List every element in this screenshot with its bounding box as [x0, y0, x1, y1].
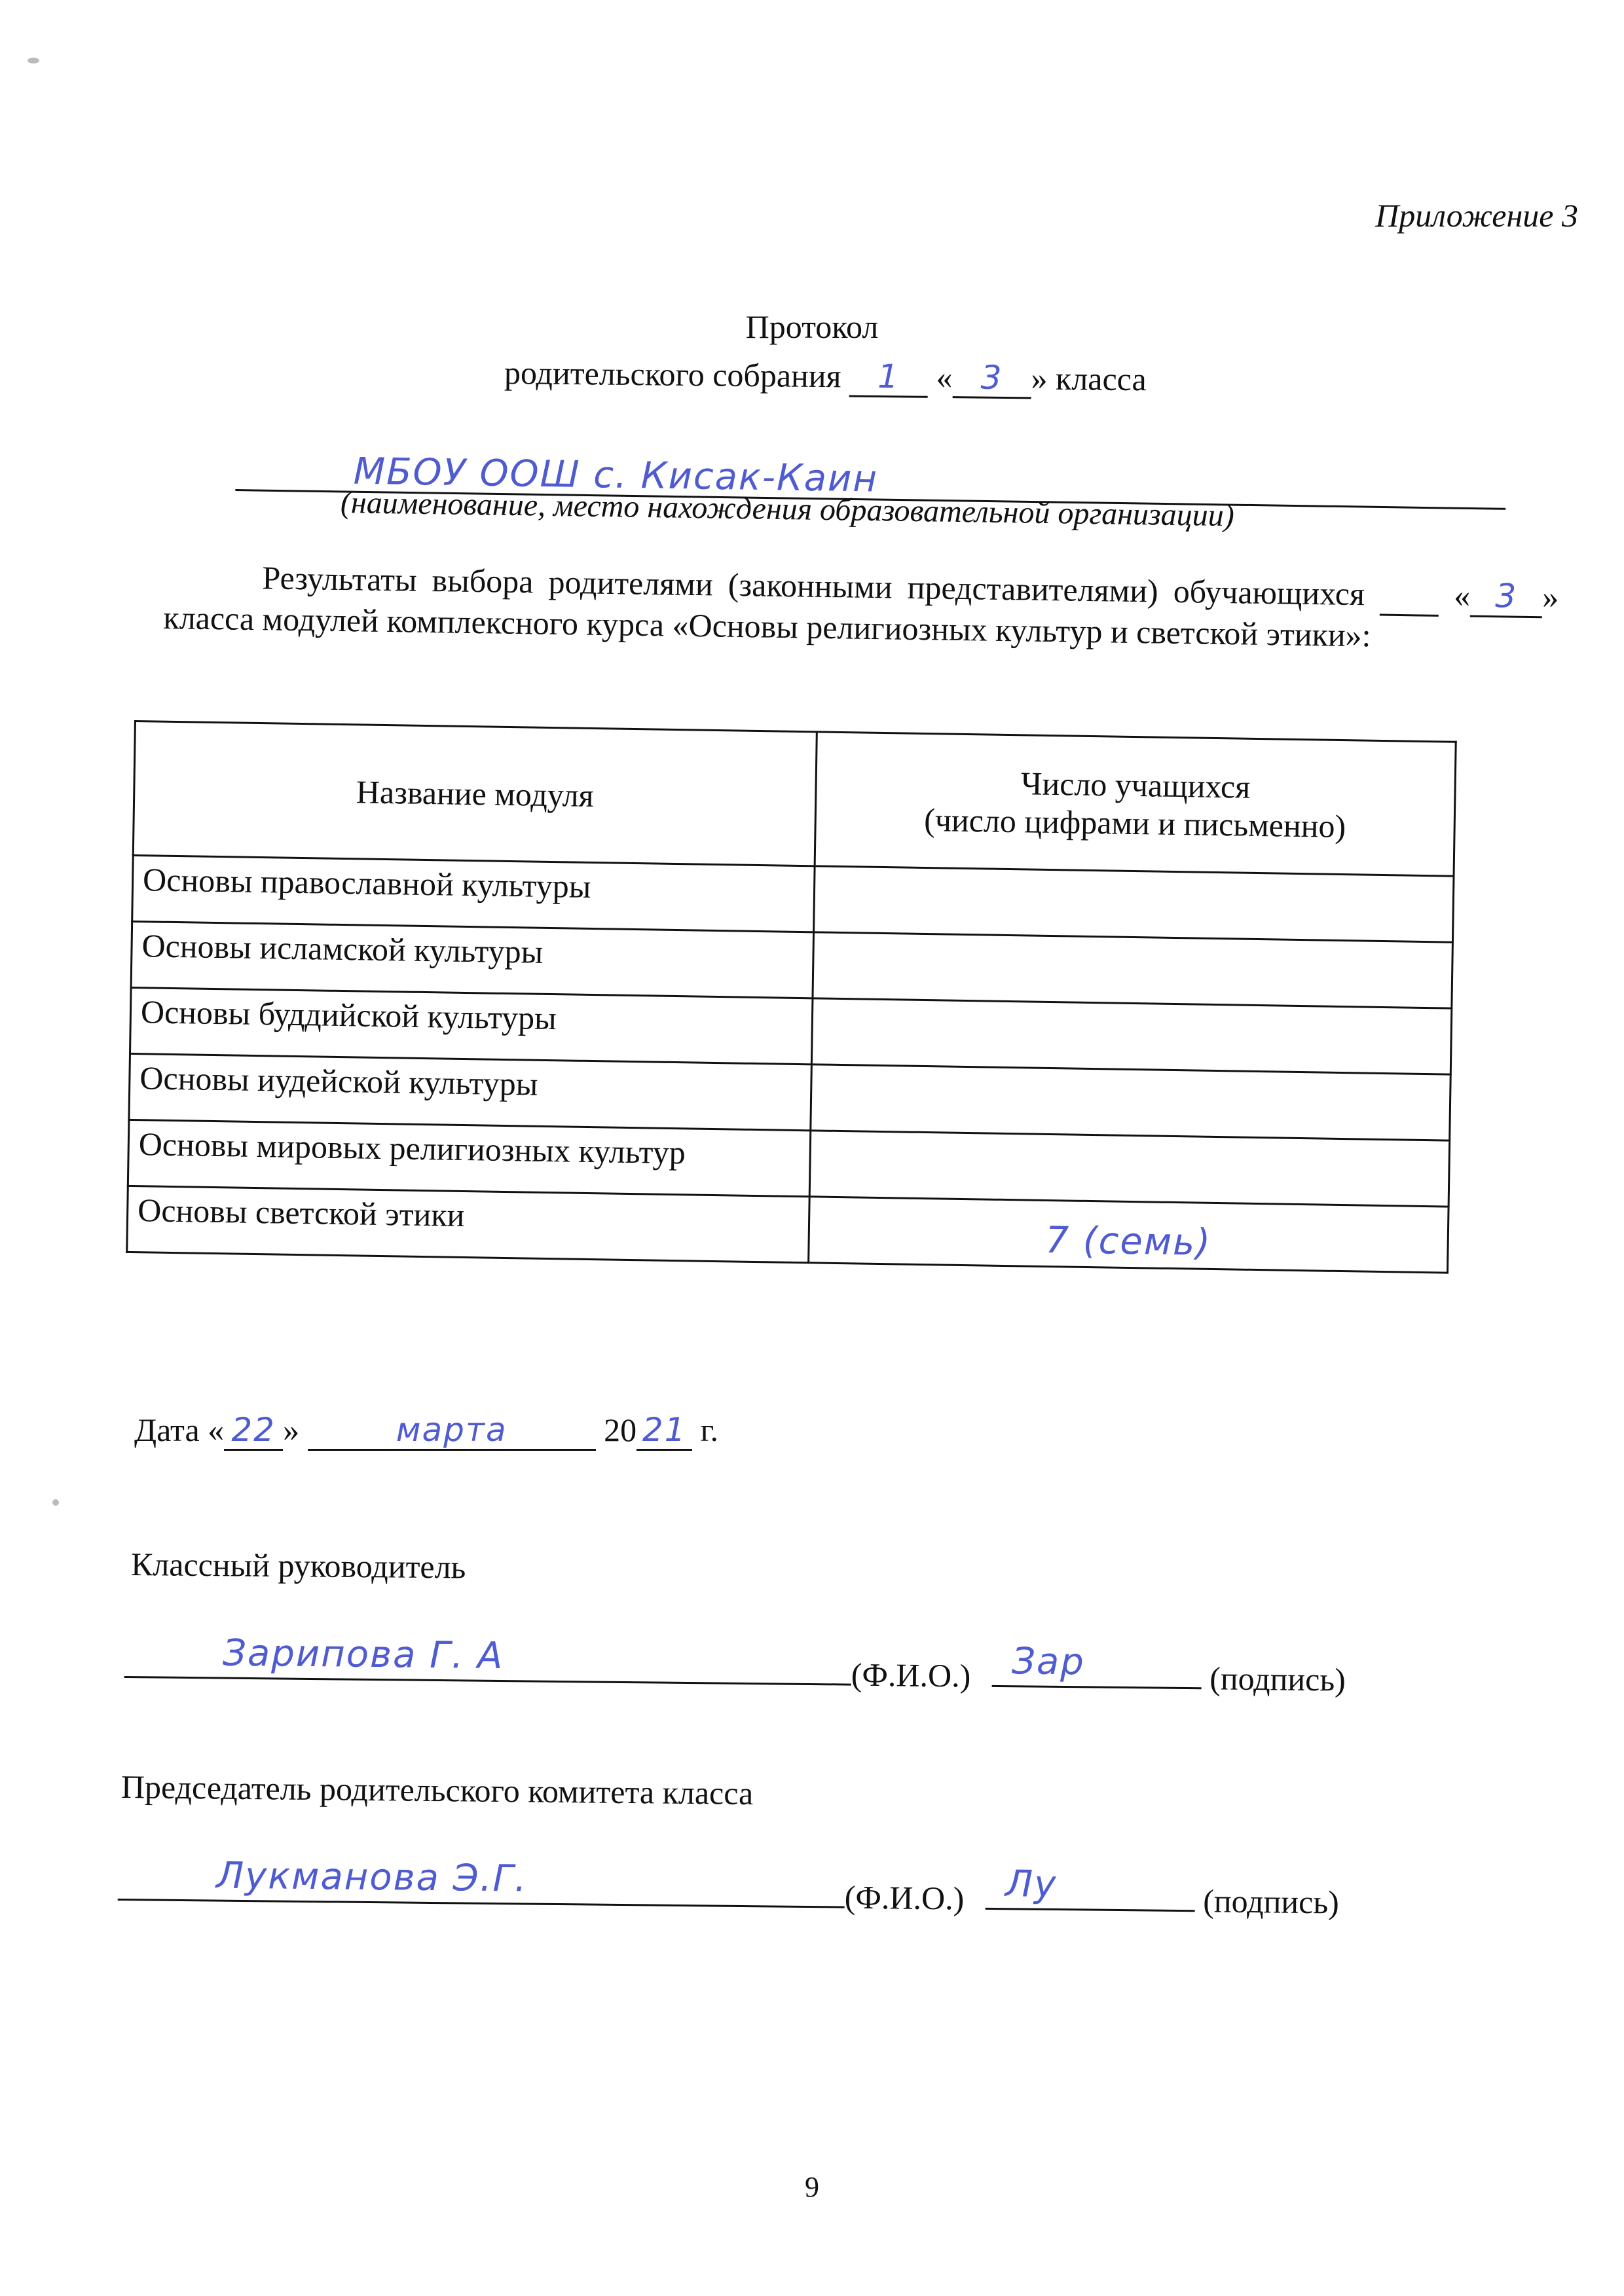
date-month: марта [396, 1411, 507, 1449]
module-name: Основы иудейской культуры [129, 1053, 811, 1130]
committee-chair-label: Председатель родительского комитета клас… [121, 1768, 754, 1812]
class-open-quote: « [936, 359, 953, 395]
committee-chair-name: Лукманова Э.Г. [216, 1855, 528, 1901]
date-month-field: марта [308, 1411, 596, 1451]
committee-chair-signature-row: Лукманова Э.Г.(Ф.И.О.) Лу (подпись) [118, 1853, 1340, 1922]
module-name: Основы мировых религиозных культур [128, 1120, 810, 1196]
module-count [813, 932, 1452, 1008]
scan-speck [28, 58, 39, 64]
scan-speck [52, 1499, 59, 1506]
appendix-label: Приложение 3 [1375, 196, 1578, 234]
date-label: Дата « [134, 1412, 224, 1448]
date-year-prefix: 20 [604, 1412, 637, 1448]
class-teacher-label: Классный руководитель [131, 1545, 466, 1586]
date-year: 21 [642, 1411, 687, 1449]
class-teacher-signature-field: Зар [992, 1639, 1202, 1689]
date-day-field: 22 [224, 1411, 283, 1451]
committee-chair-name-caption: (Ф.И.О.) [845, 1879, 965, 1917]
table-header-row: Название модуля Число учащихся (число ци… [133, 721, 1456, 877]
intro-paragraph: Результаты выбора родителями (законными … [163, 556, 1559, 658]
class-number-field: 3 [952, 358, 1031, 399]
date-line: Дата «22» марта 2021 г. [134, 1411, 718, 1451]
meeting-number-field: 1 [849, 357, 929, 398]
header-student-count: Число учащихся (число цифрами и письменн… [815, 732, 1456, 876]
date-day: 22 [231, 1411, 276, 1449]
meeting-number: 1 [877, 357, 900, 395]
module-count [814, 866, 1454, 942]
committee-chair-signature-caption: (подпись) [1203, 1882, 1339, 1920]
class-suffix: » класса [1031, 359, 1147, 397]
class-teacher-signature-caption: (подпись) [1209, 1660, 1346, 1698]
class-teacher-signature: Зар [1012, 1640, 1085, 1683]
class-number: 3 [980, 359, 1003, 397]
modules-table: Название модуля Число учащихся (число ци… [126, 720, 1457, 1274]
meeting-prefix: родительского собрания [504, 354, 841, 394]
intro-class-number: 3 [1495, 577, 1518, 615]
date-year-field: 21 [637, 1411, 692, 1451]
intro-class-field: 3 [1470, 576, 1543, 619]
page-number: 9 [0, 2170, 1624, 2204]
committee-chair-signature-field: Лу [986, 1862, 1196, 1912]
class-teacher-name: Зарипова Г. А [223, 1632, 504, 1677]
meeting-line: родительского собрания 1 «3» класса [504, 354, 1147, 400]
module-name: Основы светской этики [127, 1186, 809, 1262]
protocol-title: Протокол [0, 308, 1624, 346]
module-count [811, 998, 1451, 1074]
class-teacher-name-caption: (Ф.И.О.) [851, 1656, 971, 1694]
class-teacher-signature-row: Зарипова Г. А(Ф.И.О.) Зар (подпись) [124, 1630, 1346, 1699]
module-name: Основы исламской культуры [131, 921, 813, 998]
module-count [809, 1131, 1449, 1207]
module-name: Основы буддийской культуры [130, 987, 812, 1064]
intro-blank [1380, 575, 1439, 617]
committee-chair-name-field: Лукманова Э.Г. [118, 1853, 845, 1908]
module-name: Основы православной культуры [132, 855, 815, 932]
module-count [811, 1065, 1450, 1140]
date-year-unit: г. [701, 1412, 718, 1448]
module-count: 7 (семь) [809, 1197, 1449, 1273]
committee-chair-signature: Лу [1005, 1863, 1058, 1906]
date-close-quote: » [283, 1412, 299, 1448]
header-module-name: Название модуля [133, 721, 817, 866]
class-teacher-name-field: Зарипова Г. А [124, 1630, 852, 1686]
